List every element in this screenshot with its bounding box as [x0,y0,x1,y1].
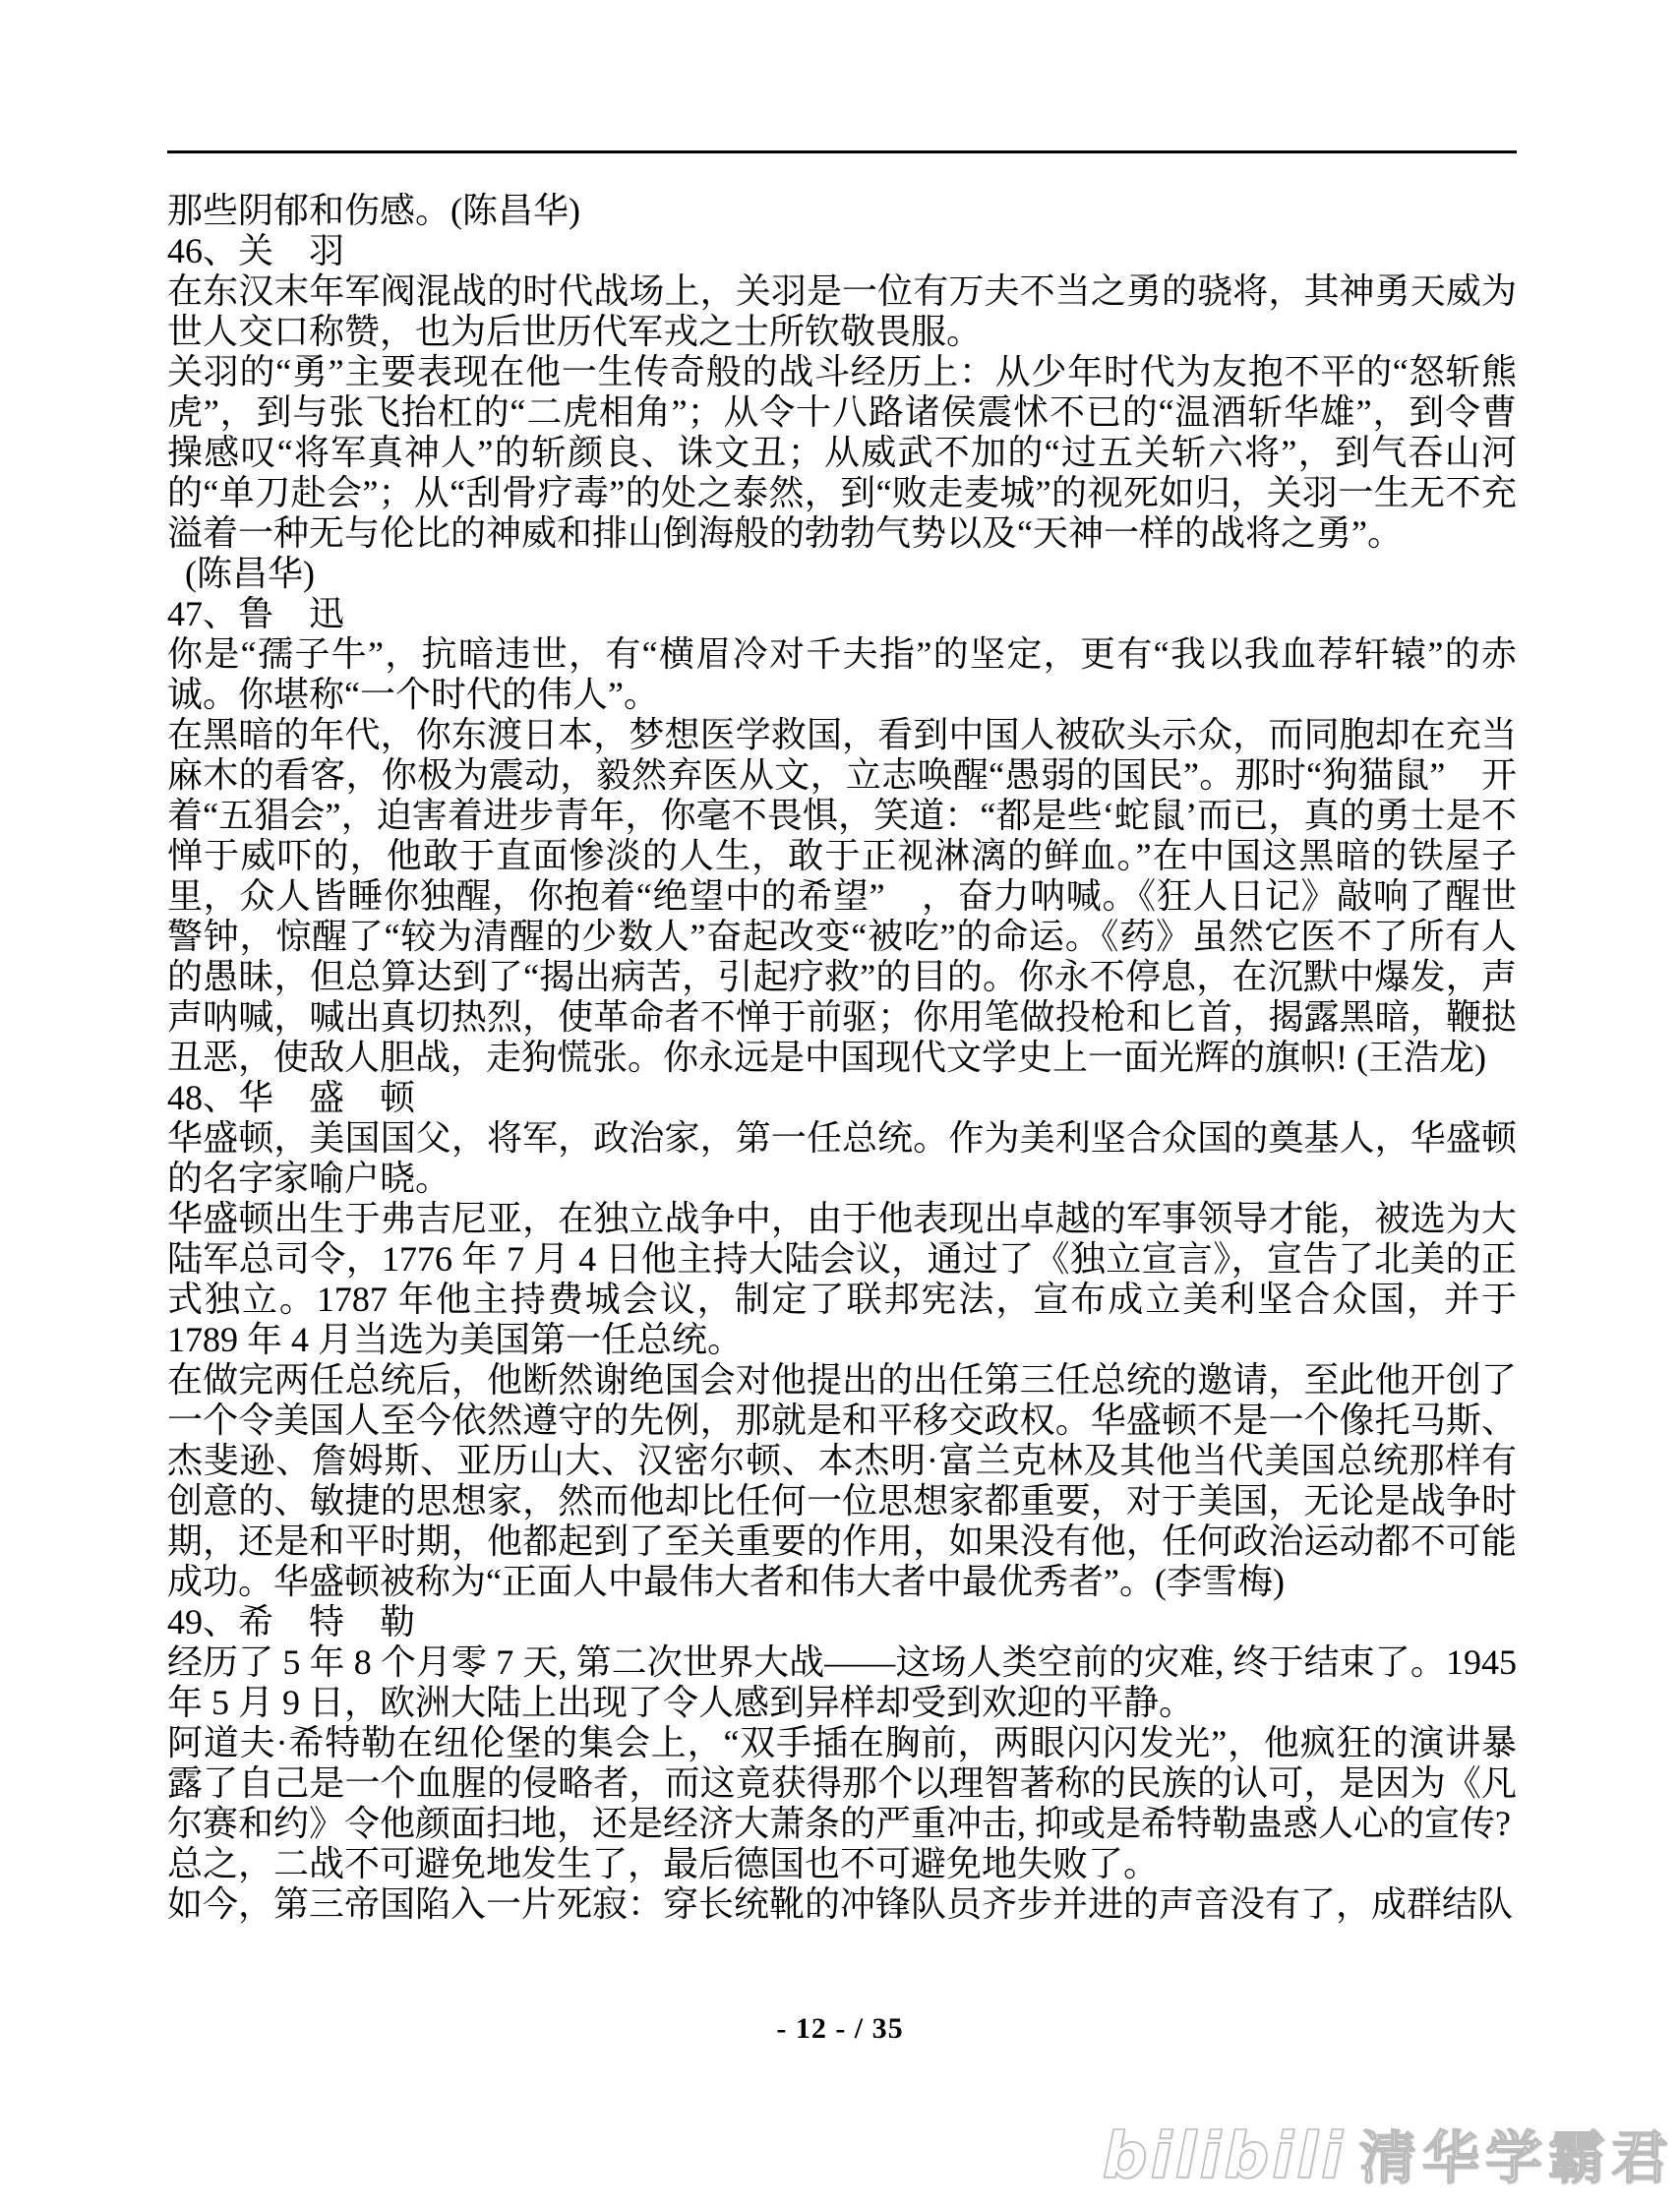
page-number: - 12 - / 35 [0,2012,1680,2046]
watermark: bilibili清华学霸君 [1103,2122,1674,2207]
bilibili-logo: bilibili [1103,2120,1346,2193]
section-heading-luxun: 47、鲁 迅 [167,594,1517,634]
paragraph: 阿道夫·希特勒在纽伦堡的集会上，“双手插在胸前，两眼闪闪发光”，他疯狂的演讲暴露… [167,1723,1517,1844]
paragraph: 关羽的“勇”主要表现在他一生传奇般的战斗经历上：从少年时代为友抱不平的“怒斩熊虎… [167,352,1517,554]
section-heading-hitler: 49、希 特 勒 [167,1602,1517,1642]
document-body: 那些阴郁和伤感。(陈昌华) 46、关 羽 在东汉末年军阀混战的时代战场上，关羽是… [167,191,1517,1925]
paragraph: 总之，二战不可避免地发生了，最后德国也不可避免地失败了。 [167,1844,1517,1884]
header-rule [167,150,1517,153]
paragraph: 经历了 5 年 8 个月零 7 天, 第二次世界大战——这场人类空前的灾难, 终… [167,1642,1517,1723]
watermark-text: 清华学霸君 [1359,2124,1674,2191]
paragraph: 如今，第三帝国陷入一片死寂：穿长统靴的冲锋队员齐步并进的声音没有了，成群结队 [167,1884,1517,1925]
paragraph: 华盛顿出生于弗吉尼亚，在独立战争中，由于他表现出卓越的军事领导才能，被选为大陆军… [167,1199,1517,1360]
document-page: 那些阴郁和伤感。(陈昌华) 46、关 羽 在东汉末年军阀混战的时代战场上，关羽是… [0,0,1680,2207]
paragraph: 在黑暗的年代，你东渡日本，梦想医学救国，看到中国人被砍头示众，而同胞却在充当麻木… [167,715,1517,1078]
paragraph: 华盛顿，美国国父，将军，政治家，第一任总统。作为美利坚合众国的奠基人，华盛顿的名… [167,1118,1517,1199]
paragraph: 你是“孺子牛”，抗暗违世，有“横眉冷对千夫指”的坚定，更有“我以我血荐轩辕”的赤… [167,634,1517,715]
section-heading-guanyu: 46、关 羽 [167,231,1517,271]
section-heading-washington: 48、华 盛 顿 [167,1078,1517,1118]
paragraph: 在东汉末年军阀混战的时代战场上，关羽是一位有万夫不当之勇的骁将，其神勇天威为世人… [167,271,1517,352]
paragraph: 那些阴郁和伤感。(陈昌华) [167,191,1517,231]
paragraph: 在做完两任总统后，他断然谢绝国会对他提出的出任第三任总统的邀请，至此他开创了一个… [167,1360,1517,1602]
paragraph-attribution: (陈昌华) [167,554,1517,594]
